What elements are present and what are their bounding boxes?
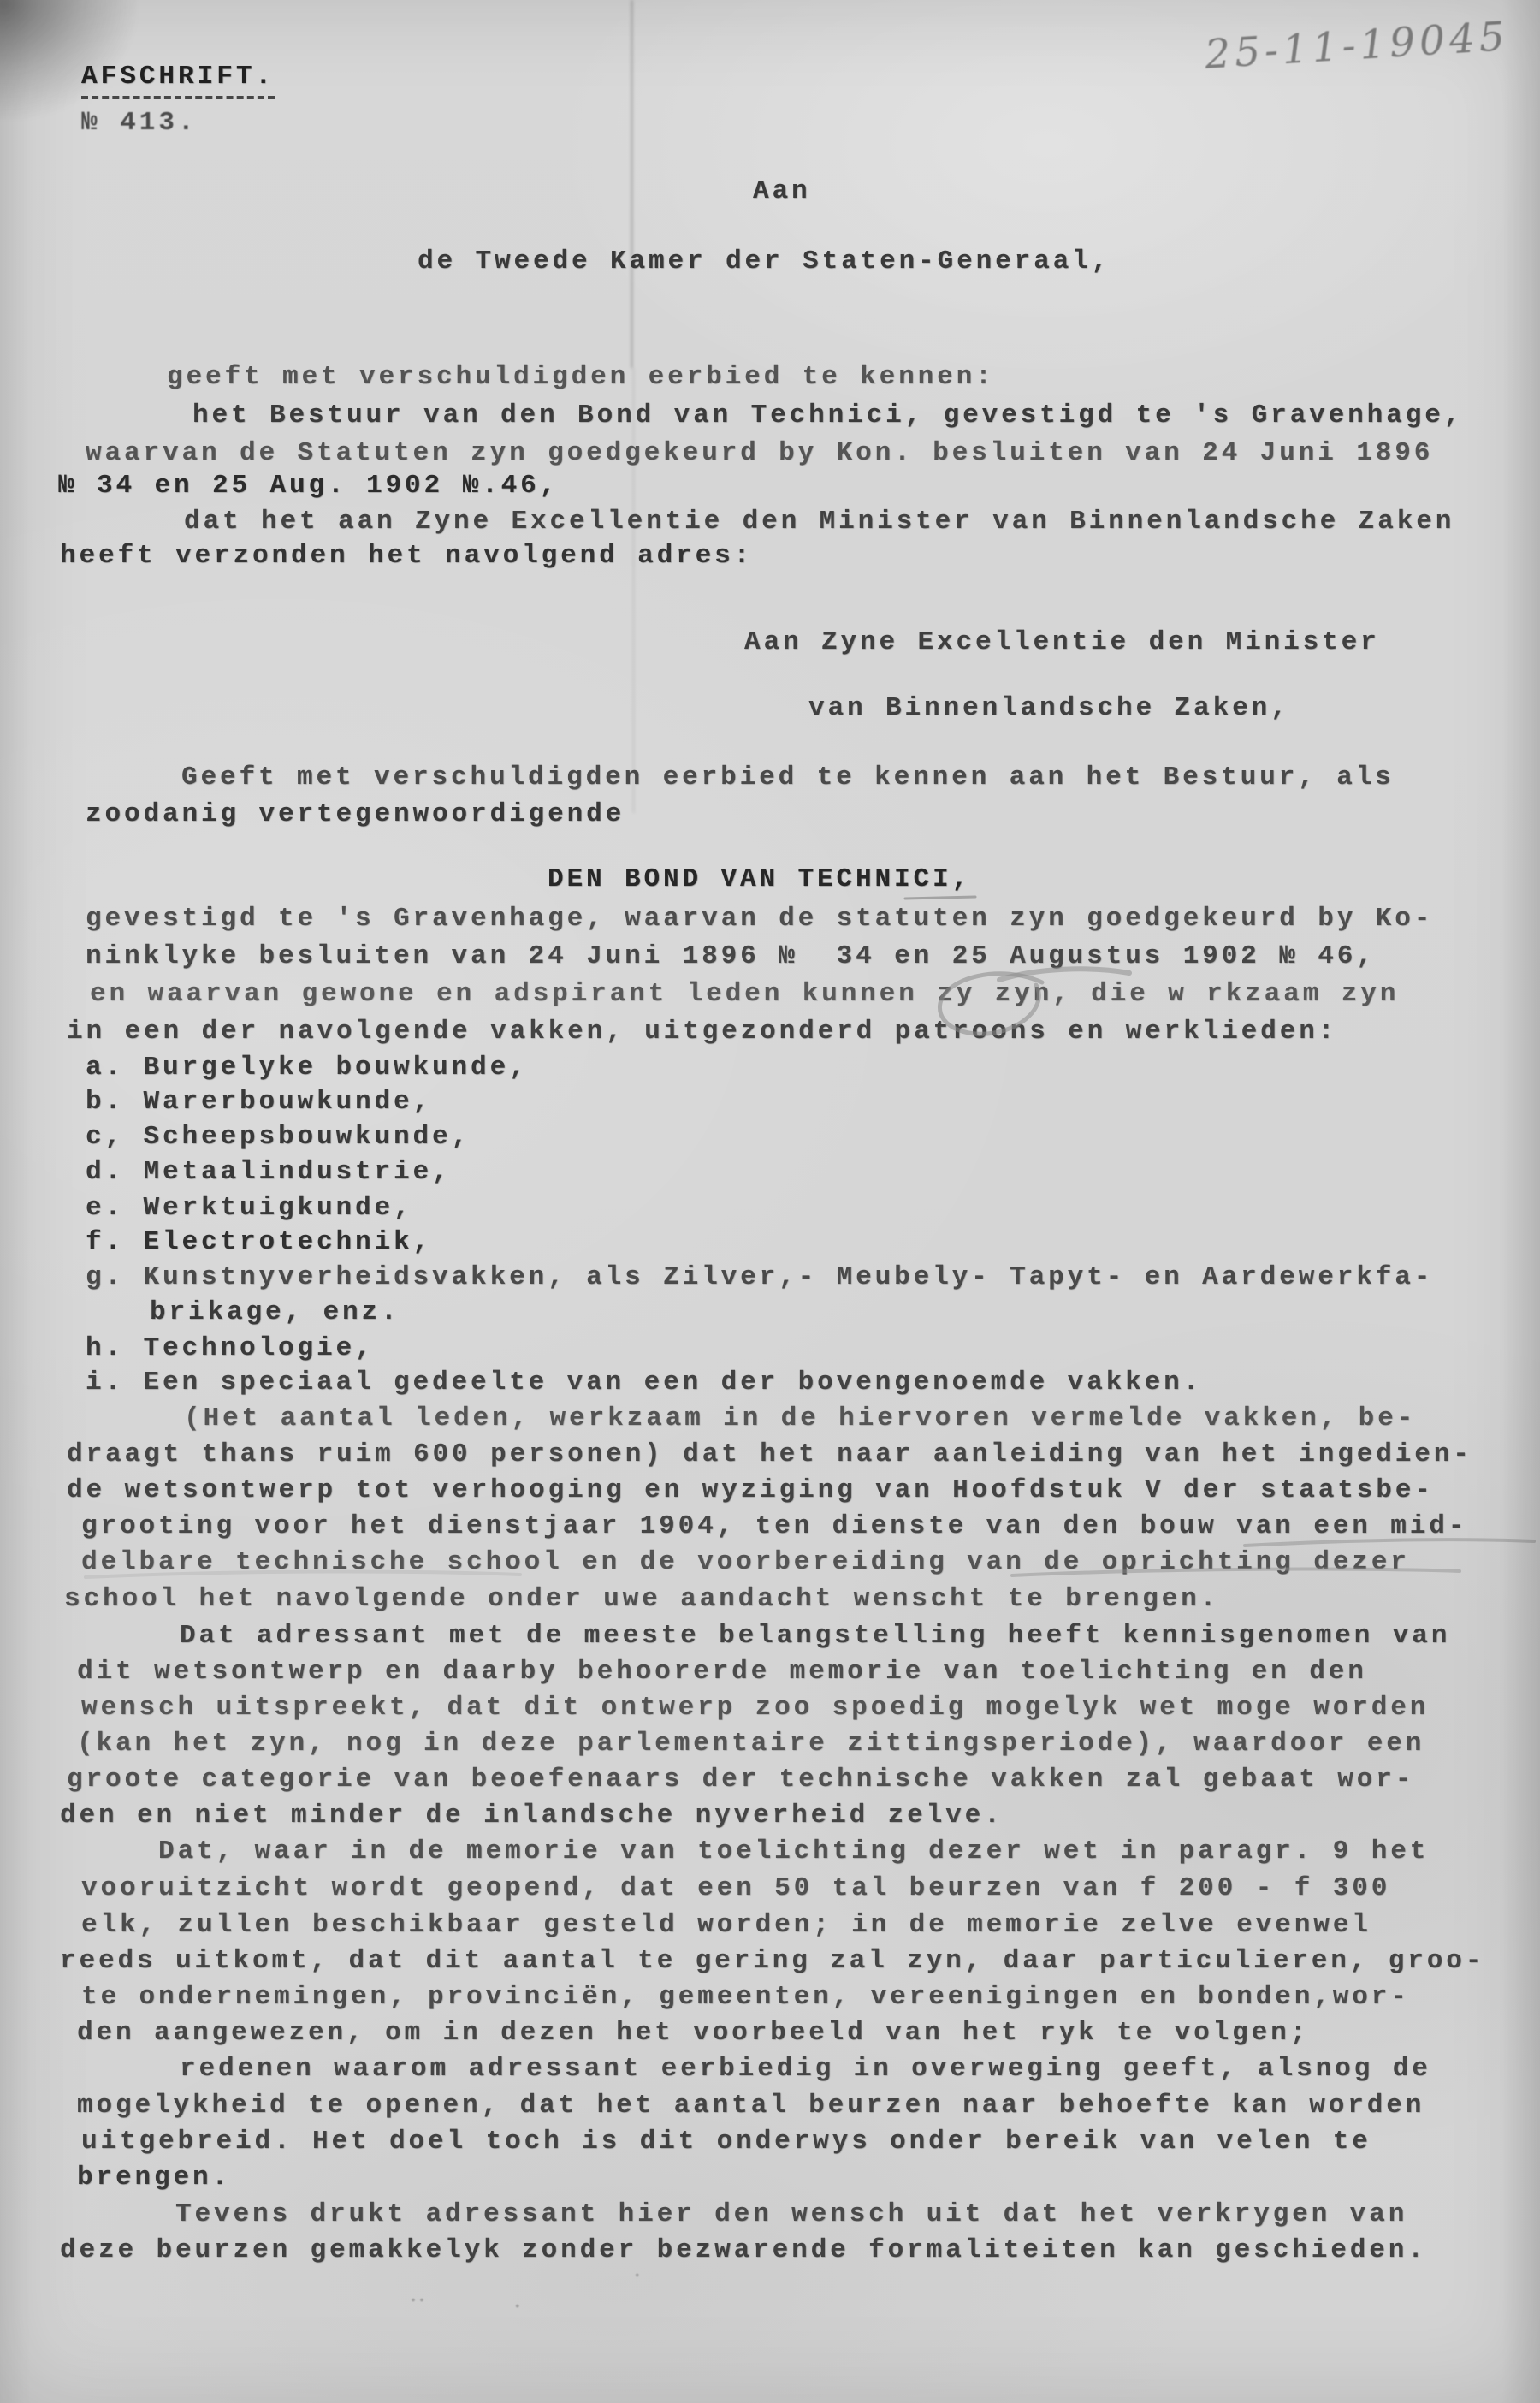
typed-line: brengen.: [77, 2164, 231, 2191]
typed-line: c, Scheepsbouwkunde,: [86, 1124, 471, 1150]
typed-line: het Bestuur van den Bond van Technici, g…: [192, 402, 1463, 429]
typed-line: i. Een speciaal gedeelte van een der bov…: [86, 1369, 1202, 1396]
paper-fold-crease-lower: [632, 368, 635, 813]
typed-line: brikage, enz.: [150, 1299, 400, 1326]
typed-line: mogelykheid te openen, dat het aantal be…: [77, 2092, 1424, 2119]
typed-line: Aan Zyne Excellentie den Minister: [744, 629, 1380, 656]
typed-line: d. Metaalindustrie,: [86, 1159, 452, 1185]
typed-line: deze beurzen gemakkelyk zonder bezwarend…: [60, 2237, 1427, 2264]
typed-line: de wetsontwerp tot verhooging en wyzigin…: [67, 1477, 1434, 1504]
typed-line: reeds uitkomt, dat dit aantal te gering …: [60, 1948, 1484, 1974]
typed-line: geeft met verschuldigden eerbied te kenn…: [167, 364, 995, 390]
paper-fold-crease: [631, 0, 633, 368]
typed-line: e. Werktuigkunde,: [86, 1195, 413, 1221]
typed-line: van Binnenlandsche Zaken,: [808, 695, 1290, 721]
typed-line: elk, zullen beschikbaar gesteld worden; …: [81, 1912, 1371, 1938]
typed-line: f. Electrotechnik,: [86, 1229, 432, 1255]
copy-stamp-label: AFSCHRIFT.: [81, 62, 275, 99]
typed-line: waarvan de Statuten zyn goedgekeurd by K…: [86, 440, 1433, 466]
typed-line: № 34 en 25 Aug. 1902 №.46,: [58, 472, 559, 499]
stray-mark: ·: [513, 2292, 522, 2322]
typed-line: Dat, waar in de memorie van toelichting …: [158, 1838, 1429, 1865]
typed-line: in een der navolgende vakken, uitgezonde…: [67, 1018, 1337, 1045]
typed-line: school het navolgende onder uwe aandacht…: [64, 1586, 1219, 1612]
typed-line: DEN BOND VAN TECHNICI,: [548, 866, 971, 893]
typed-line: grooting voor het dienstjaar 1904, ten d…: [81, 1513, 1467, 1540]
stray-mark: ·: [633, 2261, 642, 2291]
typed-line: delbare technische school en de voorbere…: [81, 1549, 1410, 1575]
typed-line: b. Warerbouwkunde,: [86, 1089, 432, 1115]
typed-line: Aan: [753, 178, 811, 205]
pencil-underline-technici: [905, 897, 975, 899]
typed-line: Geeft met verschuldigden eerbied te kenn…: [181, 764, 1395, 791]
typed-line: g. Kunstnyverheidsvakken, als Zilver,- M…: [86, 1264, 1433, 1290]
document-number: № 413.: [81, 108, 275, 138]
handwritten-date-note: 25-11-19045: [1204, 13, 1511, 79]
typed-line: dat het aan Zyne Excellentie den Ministe…: [184, 508, 1454, 535]
scanned-document-page: 25-11-19045 AFSCHRIFT. № 413. Aande Twee…: [0, 0, 1540, 2403]
typed-line: de Tweede Kamer der Staten-Generaal,: [418, 248, 1111, 275]
typed-line: den en niet minder de inlandsche nyverhe…: [60, 1802, 1004, 1829]
typed-line: wensch uitspreekt, dat dit ontwerp zoo s…: [81, 1694, 1429, 1721]
copy-stamp: AFSCHRIFT. № 413.: [81, 62, 275, 138]
typed-line: den aangewezen, om in dezen het voorbeel…: [77, 2020, 1309, 2046]
typed-line: (kan het zyn, nog in deze parlementaire …: [77, 1730, 1424, 1757]
typed-line: ninklyke besluiten van 24 Juni 1896 № 34…: [86, 943, 1376, 970]
typed-line: groote categorie van beoefenaars der tec…: [67, 1766, 1414, 1793]
typed-line: a. Burgelyke bouwkunde,: [86, 1054, 529, 1081]
typed-line: en waarvan gewone en adspirant leden kun…: [90, 981, 1399, 1007]
typed-line: vooruitzicht wordt geopend, dat een 50 t…: [81, 1875, 1390, 1902]
typed-line: (Het aantal leden, werkzaam in de hiervo…: [184, 1405, 1416, 1432]
typed-line: draagt thans ruim 600 personen) dat het …: [67, 1441, 1472, 1468]
typed-line: dit wetsontwerp en daarby behoorerde mem…: [77, 1658, 1367, 1685]
typed-line: heeft verzonden het navolgend adres:: [60, 543, 753, 569]
typed-line: te ondernemingen, provinciën, gemeenten,…: [81, 1984, 1410, 2010]
typed-line: h. Technologie,: [86, 1335, 375, 1362]
typed-line: uitgebreid. Het doel toch is dit onderwy…: [81, 2128, 1371, 2155]
typed-line: gevestigd te 's Gravenhage, waarvan de s…: [86, 905, 1433, 932]
typed-line: redenen waarom adressant eerbiedig in ov…: [180, 2056, 1431, 2082]
typed-line: Dat adressant met de meeste belangstelli…: [180, 1623, 1450, 1649]
stray-mark: ‥: [409, 2278, 426, 2308]
typed-line: Tevens drukt adressant hier den wensch u…: [175, 2201, 1407, 2228]
typed-line: zoodanig vertegenwoordigende: [86, 801, 625, 828]
